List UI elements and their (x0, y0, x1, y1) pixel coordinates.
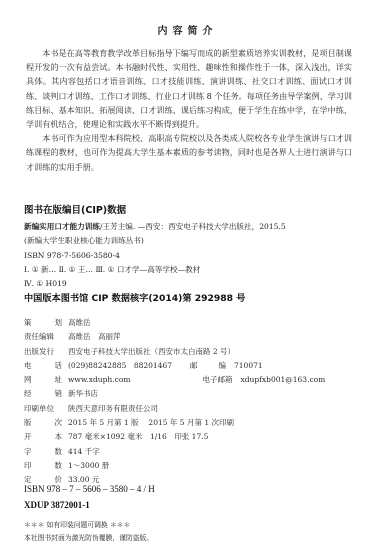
label-planner: 策划 (24, 316, 62, 330)
label-postcode: 邮编 (190, 359, 226, 373)
row-editor: 责任编辑 高维岳 高丽萍 (24, 330, 364, 344)
cip-heading: 图书在版编目(CIP)数据 (24, 202, 126, 216)
value-distributor: 新华书店 (68, 387, 98, 401)
cip-title-line: 新编实用口才能力训练/王芳主编. —西安：西安电子科技大学出版社，2015.5 (24, 220, 354, 234)
label-publisher: 出版发行 (24, 345, 62, 359)
value-format: 787 毫米×1092 毫米 1/16 印张 17.5 (68, 430, 208, 444)
value-editor: 高维岳 高丽萍 (68, 330, 121, 344)
label-printer: 印刷单位 (24, 402, 62, 416)
label-edition: 版次 (24, 416, 62, 430)
notice-anti-piracy: 本社图书封面为激光防伪覆膜，谨防盗版。 (24, 532, 153, 545)
row-distributor: 经销 新华书店 (24, 387, 364, 401)
row-printrun: 印数 1～3000 册 (24, 459, 364, 473)
row-planner: 策划 高维岳 (24, 316, 364, 330)
row-edition: 版次 2015 年 5 月第 1 版 2015 年 5 月第 1 次印刷 (24, 416, 364, 430)
row-phone: 电话 (029)88242885 88201467 邮编 710071 (24, 359, 364, 373)
cip-series: (新编大学生职业核心能力训练丛书) (24, 234, 354, 248)
intro-body: 本书是在高等教育教学改革目标指导下编写而成的新型素质培养实训教材，是项目制课程开… (26, 46, 352, 174)
footer-isbn: ISBN 978 – 7 – 5606 – 3580 – 4 / H (24, 484, 155, 494)
publication-info: 策划 高维岳 责任编辑 高维岳 高丽萍 出版发行 西安电子科技大学出版社（西安市… (24, 316, 364, 488)
intro-paragraph-1: 本书是在高等教育教学改革目标指导下编写而成的新型素质培养实训教材，是项目制课程开… (26, 46, 352, 131)
label-wordcount: 字数 (24, 445, 62, 459)
row-printer: 印刷单位 陕西天意印务有限责任公司 (24, 402, 364, 416)
label-editor: 责任编辑 (24, 330, 62, 344)
row-wordcount: 字数 414 千字 (24, 445, 364, 459)
intro-title: 内容简介 (0, 22, 375, 37)
label-format: 开本 (24, 430, 62, 444)
notice-replacement: ＊＊＊ 如有印装问题可调换 ＊＊＊ (24, 519, 153, 532)
copyright-page: 内容简介 本书是在高等教育教学改革目标指导下编写而成的新型素质培养实训教材，是项… (0, 0, 375, 553)
value-edition: 2015 年 5 月第 1 版 2015 年 5 月第 1 次印刷 (68, 416, 234, 430)
value-planner: 高维岳 (68, 316, 91, 330)
row-publisher: 出版发行 西安电子科技大学出版社（西安市太白南路 2 号） (24, 345, 364, 359)
value-printer: 陕西天意印务有限责任公司 (68, 402, 158, 416)
value-website: www.xduph.com (68, 373, 130, 387)
footer-notice: ＊＊＊ 如有印装问题可调换 ＊＊＊ 本社图书封面为激光防伪覆膜，谨防盗版。 (24, 519, 153, 545)
value-publisher: 西安电子科技大学出版社（西安市太白南路 2 号） (68, 345, 235, 359)
cip-classification-1: Ⅰ. ① 新… Ⅱ. ① 王… Ⅲ. ① 口才学—高等学校—教材 (24, 263, 354, 277)
value-printrun: 1～3000 册 (68, 459, 109, 473)
cip-author-publisher: /王芳主编. —西安：西安电子科技大学出版社，2015.5 (100, 222, 286, 231)
value-wordcount: 414 千字 (68, 445, 100, 459)
value-phone: (029)88242885 88201467 (68, 359, 172, 373)
label-distributor: 经销 (24, 387, 62, 401)
cip-isbn: ISBN 978-7-5606-3580-4 (24, 249, 354, 263)
cip-book-title: 新编实用口才能力训练 (24, 222, 100, 231)
label-phone: 电话 (24, 359, 62, 373)
label-email: 电子邮箱 (202, 373, 232, 387)
footer-xdup-code: XDUP 3872001-1 (24, 500, 90, 510)
row-format: 开本 787 毫米×1092 毫米 1/16 印张 17.5 (24, 430, 364, 444)
label-printrun: 印数 (24, 459, 62, 473)
row-website: 网址 www.xduph.com 电子邮箱 xdupfxb001@163.com (24, 373, 364, 387)
cip-record-number: 中国版本图书馆 CIP 数据核字(2014)第 292988 号 (24, 290, 245, 304)
value-email: xdupfxb001@163.com (240, 373, 325, 387)
intro-paragraph-2: 本书可作为应用型本科院校、高职高专院校以及各类成人院校各专业学生演讲与口才训练课… (26, 131, 352, 174)
cip-data: 新编实用口才能力训练/王芳主编. —西安：西安电子科技大学出版社，2015.5 … (24, 220, 354, 291)
value-postcode: 710071 (234, 359, 263, 373)
label-website: 网址 (24, 373, 62, 387)
